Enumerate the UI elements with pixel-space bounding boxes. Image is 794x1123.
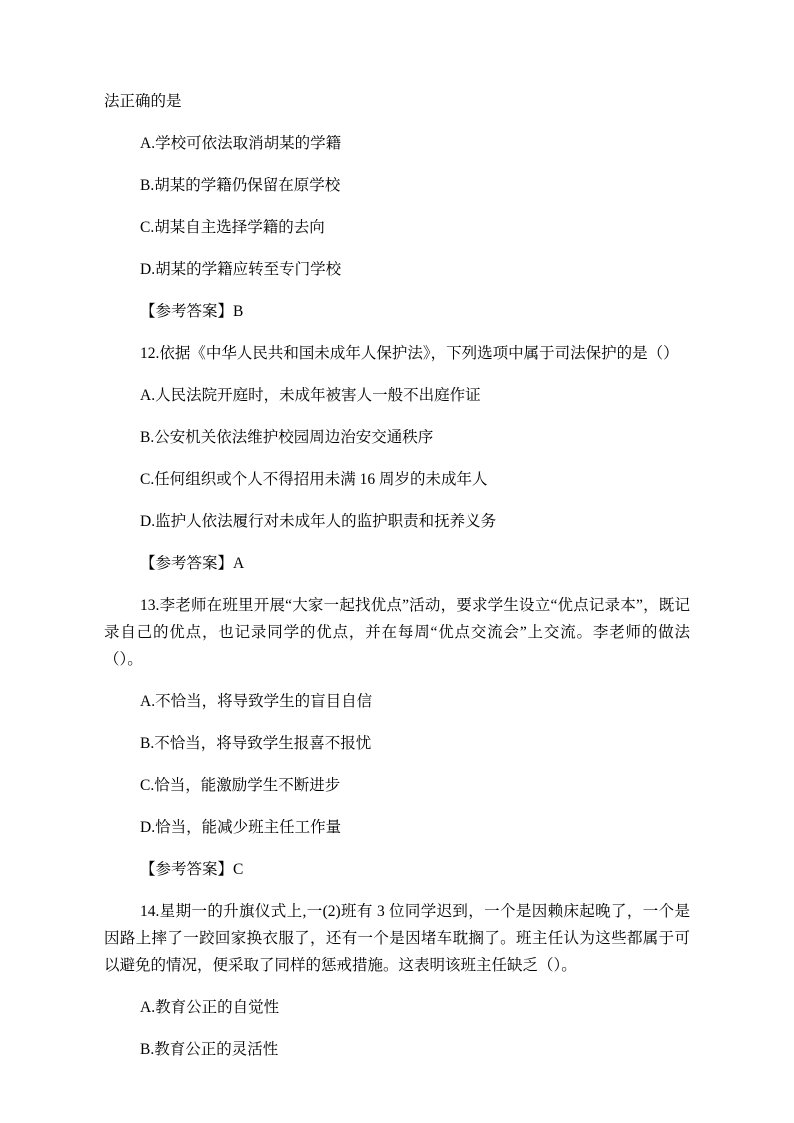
q12-option-b: B.公安机关依法维护校园周边治安交通秩序 [104, 424, 690, 451]
q13-option-d: D.恰当，能减少班主任工作量 [104, 814, 690, 841]
q11-option-b: B.胡某的学籍仍保留在原学校 [104, 172, 690, 199]
q14-stem: 14.星期一的升旗仪式上,一(2)班有 3 位同学迟到，一个是因赖床起晚了，一个… [104, 898, 690, 979]
q11-stem-continuation: 法正确的是 [104, 88, 690, 115]
q12-reference-answer: 【参考答案】A [104, 550, 690, 577]
q11-option-d: D.胡某的学籍应转至专门学校 [104, 256, 690, 283]
document-page: 法正确的是 A.学校可依法取消胡某的学籍 B.胡某的学籍仍保留在原学校 C.胡某… [0, 0, 794, 1123]
q12-stem: 12.依据《中华人民共和国未成年人保护法》，下列选项中属于司法保护的是（） [104, 340, 690, 367]
q13-option-c: C.恰当，能激励学生不断进步 [104, 772, 690, 799]
q11-option-c: C.胡某自主选择学籍的去向 [104, 214, 690, 241]
q11-option-a: A.学校可依法取消胡某的学籍 [104, 130, 690, 157]
q12-option-a: A.人民法院开庭时，未成年被害人一般不出庭作证 [104, 382, 690, 409]
q11-reference-answer: 【参考答案】B [104, 298, 690, 325]
q13-stem: 13.李老师在班里开展“大家一起找优点”活动，要求学生设立“优点记录本”，既记录… [104, 592, 690, 673]
q14-option-b: B.教育公正的灵活性 [104, 1036, 690, 1063]
q14-option-a: A.教育公正的自觉性 [104, 994, 690, 1021]
q12-option-c: C.任何组织或个人不得招用未满 16 周岁的未成年人 [104, 466, 690, 493]
q13-option-b: B.不恰当，将导致学生报喜不报忧 [104, 730, 690, 757]
q13-reference-answer: 【参考答案】C [104, 856, 690, 883]
q12-option-d: D.监护人依法履行对未成年人的监护职责和抚养义务 [104, 508, 690, 535]
q13-option-a: A.不恰当，将导致学生的盲目自信 [104, 688, 690, 715]
